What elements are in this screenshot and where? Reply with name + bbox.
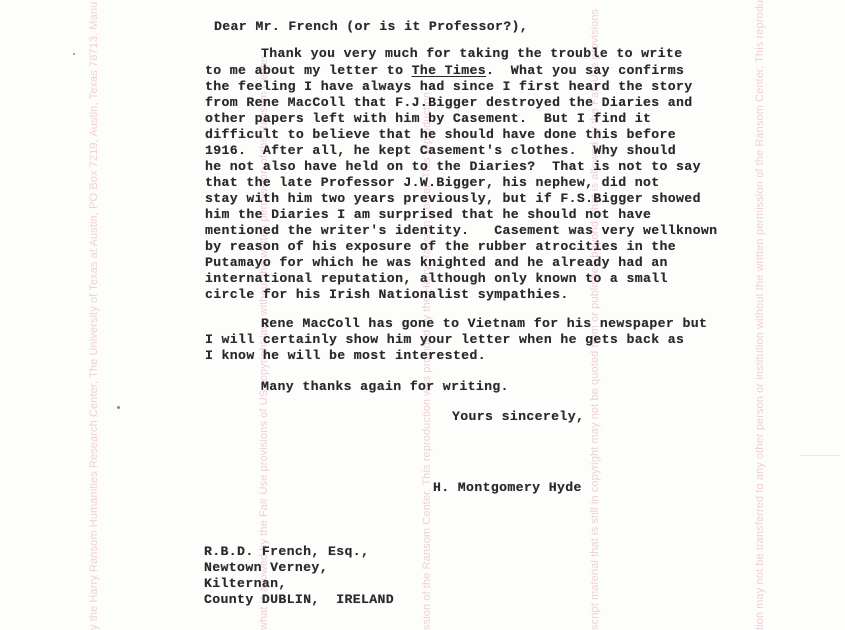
paragraph-1-line: to me about my letter to The Times. What… <box>205 63 684 78</box>
paragraph-3: Many thanks again for writing. <box>261 379 509 394</box>
paragraph-1-line: Putamayo for which he was knighted and h… <box>205 255 668 270</box>
paragraph-2-line: Rene MacColl has gone to Vietnam for his… <box>261 316 707 331</box>
paragraph-1-line: 1916. After all, he kept Casement's clot… <box>205 143 676 158</box>
signature: H. Montgomery Hyde <box>433 480 582 495</box>
address-line: R.B.D. French, Esq., <box>204 544 369 559</box>
address-line: Kilternan, <box>204 576 287 591</box>
paragraph-1-line: Thank you very much for taking the troub… <box>261 46 682 61</box>
paragraph-1-line: the feeling I have always had since I fi… <box>205 79 693 94</box>
paragraph-1-line: stay with him two years previously, but … <box>205 191 701 206</box>
scan-artifact <box>800 455 840 456</box>
paragraph-1-line: that the late Professor J.W.Bigger, his … <box>205 175 660 190</box>
paragraph-2-line: I know he will be most interested. <box>205 348 486 363</box>
paragraph-1-line: circle for his Irish Nationalist sympath… <box>205 287 569 302</box>
paragraph-1-line: from Rene MacColl that F.J.Bigger destro… <box>205 95 693 110</box>
paragraph-2-line: I will certainly show him your letter wh… <box>205 332 684 347</box>
address-line: County DUBLIN, IRELAND <box>204 592 394 607</box>
paragraph-1-line: international reputation, although only … <box>205 271 668 286</box>
letter-body: Dear Mr. French (or is it Professor?), T… <box>0 0 33 525</box>
paragraph-1-line: he not also have held on to the Diaries?… <box>205 159 701 174</box>
watermark-column: tion may not be transferred to any other… <box>754 0 768 630</box>
newspaper-title: The Times <box>412 63 486 78</box>
scan-speck <box>73 53 75 55</box>
paragraph-1-line: by reason of his exposure of the rubber … <box>205 239 676 254</box>
scan-speck <box>117 406 120 409</box>
scanned-letter-page: y the Harry Ransom Humanities Research C… <box>0 0 845 630</box>
closing: Yours sincerely, <box>452 409 584 424</box>
paragraph-1-line: mentioned the writer's identity. Casemen… <box>205 223 717 238</box>
salutation: Dear Mr. French (or is it Professor?), <box>214 19 528 34</box>
address-line: Newtown Verney, <box>204 560 328 575</box>
paragraph-1-line: him the Diaries I am surprised that he s… <box>205 207 651 222</box>
paragraph-1-line: other papers left with him by Casement. … <box>205 111 651 126</box>
watermark-column: y the Harry Ransom Humanities Research C… <box>88 0 102 630</box>
paragraph-1-line: difficult to believe that he should have… <box>205 127 676 142</box>
